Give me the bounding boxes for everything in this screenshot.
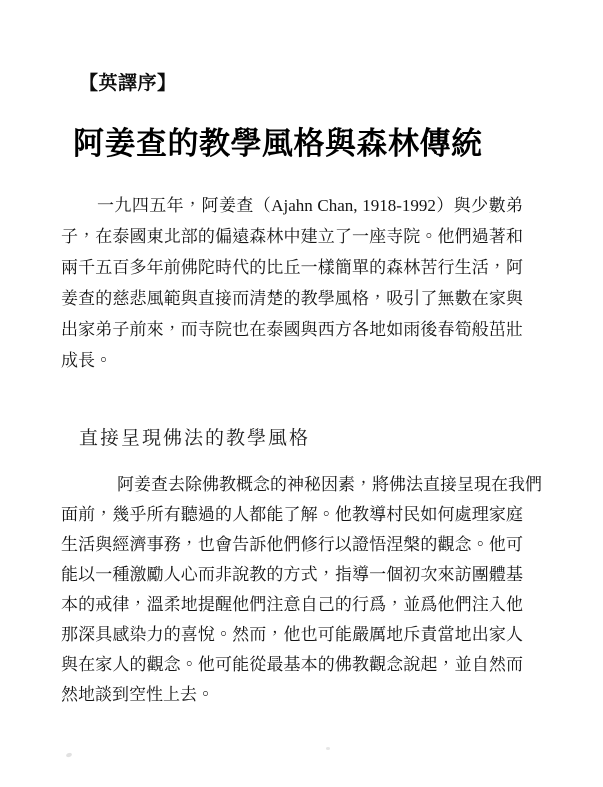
section-heading: 直接呈現佛法的教學風格	[79, 423, 310, 450]
paragraph-2: 阿姜查去除佛教概念的神秘因素，將佛法直接呈現在我們面前，幾乎所有聽過的人都能了解…	[61, 470, 523, 710]
section-label: 【英譯序】	[79, 68, 177, 95]
text-line: 出家弟子前來，而寺院也在泰國與西方各地如雨後春筍般茁壯	[61, 314, 523, 345]
text-line: 生活與經濟事務，也會告訴他們修行以證悟涅槃的觀念。他可	[61, 530, 523, 560]
text-line: 姜查的慈悲風範與直接而清楚的教學風格，吸引了無數在家與	[61, 283, 523, 314]
text-line: 那深具感染力的喜悅。然而，他也可能嚴厲地斥責當地出家人	[61, 620, 523, 650]
book-page: 【英譯序】 阿姜查的教學風格與森林傳統 一九四五年，阿姜查（Ajahn Chan…	[0, 0, 603, 787]
paragraph-1: 一九四五年，阿姜查（Ajahn Chan, 1918-1992）與少數弟子，在泰…	[61, 190, 523, 376]
text-line: 本的戒律，溫柔地提醒他們注意自己的行爲，並爲他們注入他	[61, 590, 523, 620]
text-line: 與在家人的觀念。他可能從最基本的佛教觀念說起，並自然而	[61, 650, 523, 680]
scan-speck	[65, 752, 72, 758]
scan-speck	[326, 747, 330, 750]
text-line: 一九四五年，阿姜查（Ajahn Chan, 1918-1992）與少數弟	[61, 190, 523, 221]
text-line: 子，在泰國東北部的偏遠森林中建立了一座寺院。他們過著和	[61, 221, 523, 252]
text-line: 阿姜查去除佛教概念的神秘因素，將佛法直接呈現在我們	[61, 470, 523, 500]
text-line: 成長。	[61, 345, 523, 376]
text-line: 兩千五百多年前佛陀時代的比丘一樣簡單的森林苦行生活，阿	[61, 252, 523, 283]
text-line: 能以一種激勵人心而非說教的方式，指導一個初次來訪團體基	[61, 560, 523, 590]
text-line: 然地談到空性上去。	[61, 680, 523, 710]
text-line: 面前，幾乎所有聽過的人都能了解。他教導村民如何處理家庭	[61, 500, 523, 530]
page-title: 阿姜查的教學風格與森林傳統	[73, 118, 483, 163]
